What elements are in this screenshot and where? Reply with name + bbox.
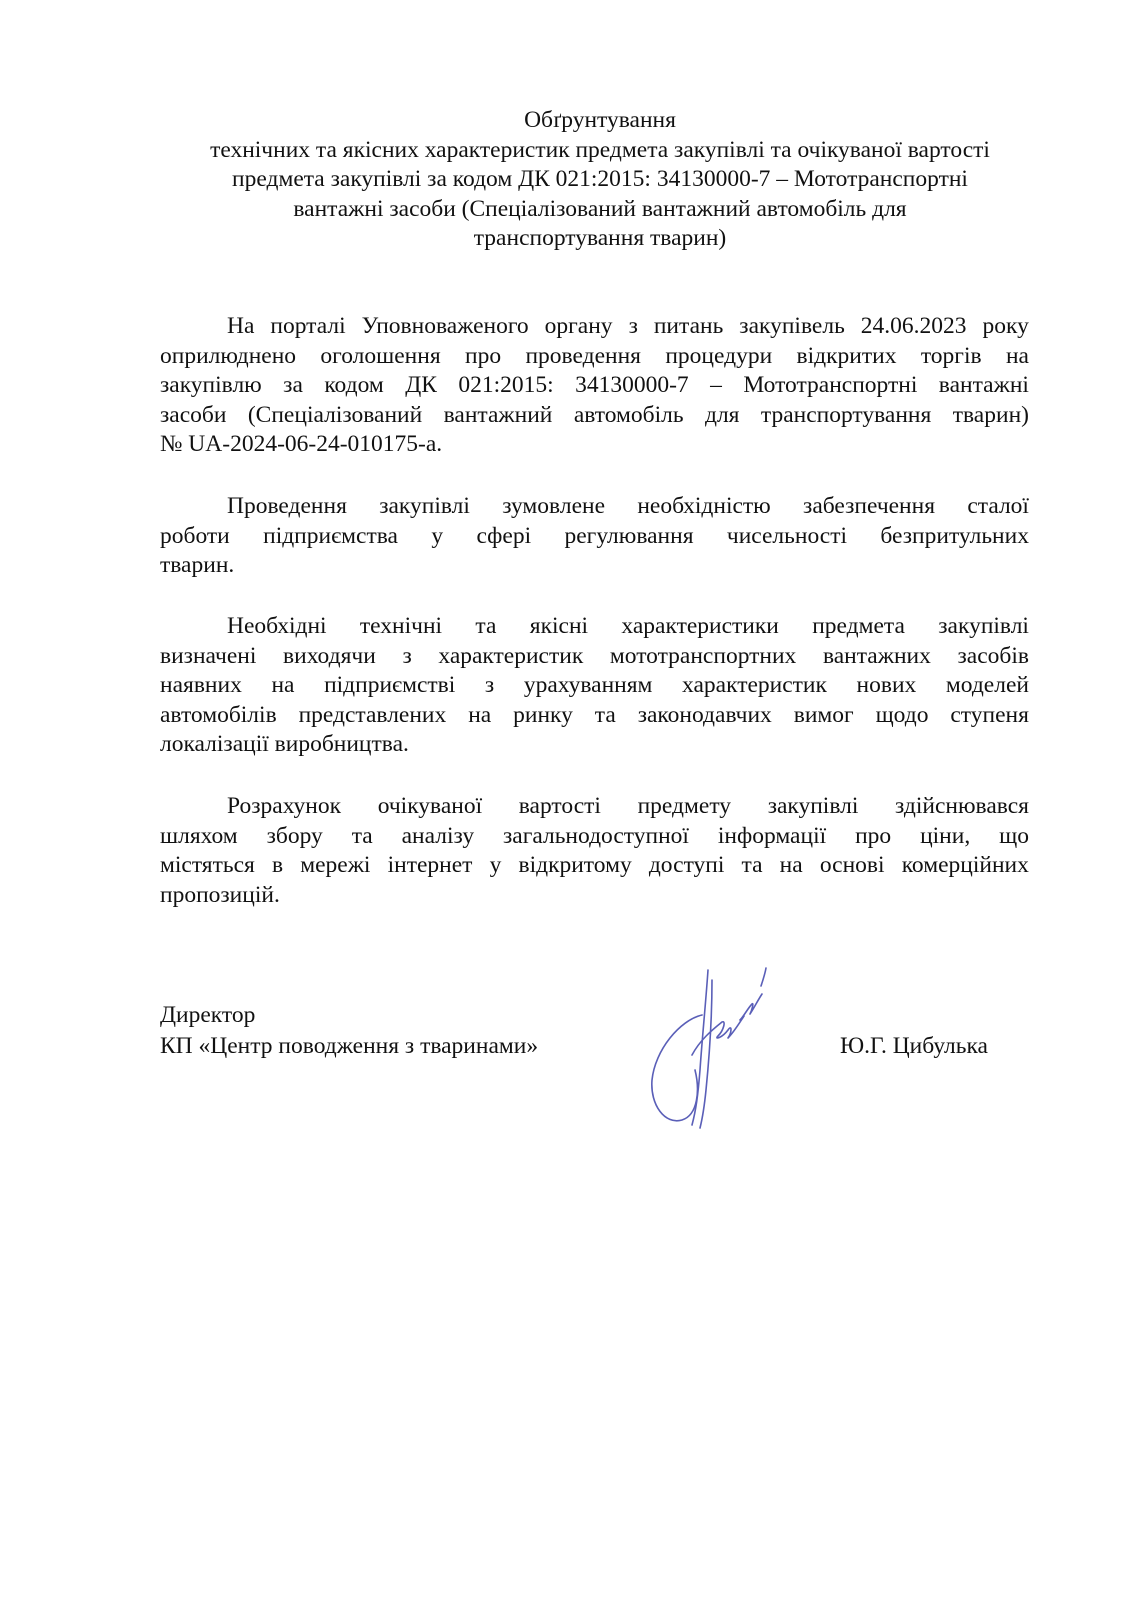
word: сталої bbox=[967, 492, 1029, 522]
paragraph-characteristics: Необхіднітехнічнітаякісніхарактеристикип… bbox=[160, 612, 1029, 760]
paragraph-line: Проведеннязакупівлізумовлененеобхідністю… bbox=[160, 492, 1029, 522]
word: вантажний bbox=[444, 401, 553, 431]
word: за bbox=[283, 371, 303, 401]
handwritten-signature-icon bbox=[640, 960, 790, 1135]
word: шляхом bbox=[160, 822, 238, 852]
word: вимог bbox=[794, 701, 854, 731]
word: вартості bbox=[519, 792, 601, 822]
title-line: технічних та якісних характеристик предм… bbox=[150, 136, 1050, 166]
word: ціни, bbox=[920, 822, 970, 852]
word: предмету bbox=[638, 792, 731, 822]
word: в bbox=[272, 851, 283, 881]
word: представлених bbox=[299, 701, 447, 731]
word: відкритому bbox=[518, 851, 631, 881]
word: та bbox=[595, 701, 616, 731]
title-line: транспортування тварин) bbox=[150, 224, 1050, 254]
paragraph-line: закупівлюзакодомДК021:2015:34130000-7–Мо… bbox=[160, 371, 1029, 401]
paragraph-line: тварин. bbox=[160, 551, 1029, 581]
word: забезпечення bbox=[803, 492, 935, 522]
word: моделей bbox=[946, 671, 1029, 701]
word: очікуваної bbox=[378, 792, 482, 822]
word: з bbox=[402, 642, 411, 672]
signatory-name: Ю.Г. Цибулька bbox=[840, 1031, 988, 1062]
word: кодом bbox=[324, 371, 383, 401]
word: оголошення bbox=[320, 342, 440, 372]
word: технічні bbox=[360, 612, 442, 642]
paragraph-line: роботипідприємстваусферірегулюваннячисел… bbox=[160, 522, 1029, 552]
word: ДК bbox=[405, 371, 437, 401]
word: органу bbox=[545, 312, 613, 342]
word: про bbox=[855, 822, 891, 852]
paragraph-line: оприлюдненооголошенняпропроведенняпроцед… bbox=[160, 342, 1029, 372]
word: підприємства bbox=[263, 522, 398, 552]
word: аналізу bbox=[402, 822, 474, 852]
word: підприємстві bbox=[324, 671, 455, 701]
title-line: вантажні засоби (Спеціалізований вантажн… bbox=[150, 195, 1050, 225]
word: про bbox=[465, 342, 501, 372]
word: процедури bbox=[665, 342, 772, 372]
word: порталі bbox=[270, 312, 345, 342]
word: з bbox=[629, 312, 638, 342]
word: з bbox=[485, 671, 494, 701]
word: на bbox=[780, 851, 803, 881]
document-page: Обґрунтування технічних та якісних харак… bbox=[0, 0, 1132, 1600]
word: наявних bbox=[160, 671, 242, 701]
word: для bbox=[705, 401, 740, 431]
word: транспортування bbox=[761, 401, 931, 431]
word: – bbox=[710, 371, 722, 401]
word: закупівель bbox=[739, 312, 845, 342]
word: щодо bbox=[876, 701, 929, 731]
paragraph-line: шляхомзборутааналізузагальнодоступноїінф… bbox=[160, 822, 1029, 852]
word: здійснювався bbox=[895, 792, 1029, 822]
word: зумовлене bbox=[502, 492, 605, 522]
word: характеристики bbox=[621, 612, 778, 642]
word: інтернет bbox=[388, 851, 473, 881]
word: та bbox=[352, 822, 373, 852]
word: вантажні bbox=[939, 371, 1029, 401]
word: комерційних bbox=[902, 851, 1029, 881]
word: Необхідні bbox=[227, 612, 327, 642]
word: Мототранспортні bbox=[743, 371, 917, 401]
paragraph-line: № UA-2024-06-24-010175-a. bbox=[160, 430, 1029, 460]
word: роботи bbox=[160, 522, 230, 552]
word: торгів bbox=[921, 342, 982, 372]
word: Проведення bbox=[227, 492, 347, 522]
word: відкритих bbox=[797, 342, 897, 372]
word: збору bbox=[267, 822, 323, 852]
paragraph-line: визначенівиходячизхарактеристикмототранс… bbox=[160, 642, 1029, 672]
word: безпритульних bbox=[880, 522, 1029, 552]
word: сфері bbox=[476, 522, 531, 552]
title-line: предмета закупівлі за кодом ДК 021:2015:… bbox=[150, 165, 1050, 195]
word: мережі bbox=[300, 851, 370, 881]
word: характеристик bbox=[682, 671, 827, 701]
paragraph-line: локалізації виробництва. bbox=[160, 730, 1029, 760]
word: урахуванням bbox=[524, 671, 653, 701]
word: законодавчих bbox=[638, 701, 772, 731]
word: тварин) bbox=[953, 401, 1029, 431]
word: доступі bbox=[649, 851, 725, 881]
word: закупівлю bbox=[160, 371, 262, 401]
word: та bbox=[742, 851, 763, 881]
paragraph-line: засоби(Спеціалізованийвантажнийавтомобіл… bbox=[160, 401, 1029, 431]
paragraph-line: НапорталіУповноваженогоорганузпитаньзаку… bbox=[160, 312, 1029, 342]
word: засобів bbox=[958, 642, 1029, 672]
word: предмета bbox=[812, 612, 905, 642]
word: Розрахунок bbox=[227, 792, 341, 822]
word: основі bbox=[820, 851, 885, 881]
word: загальнодоступної bbox=[503, 822, 689, 852]
word: 24.06.2023 bbox=[861, 312, 967, 342]
word: у bbox=[490, 851, 502, 881]
word: нових bbox=[857, 671, 917, 701]
signatory-position: Директор bbox=[160, 1000, 538, 1031]
word: на bbox=[271, 671, 294, 701]
word: автомобілів bbox=[160, 701, 277, 731]
document-title: Обґрунтування технічних та якісних харак… bbox=[150, 106, 1050, 254]
word: на bbox=[1006, 342, 1029, 372]
title-line: Обґрунтування bbox=[150, 106, 1050, 136]
word: вантажних bbox=[823, 642, 931, 672]
word: у bbox=[431, 522, 443, 552]
word: виходячи bbox=[283, 642, 376, 672]
paragraph-line: містятьсявмережіінтернетувідкритомудосту… bbox=[160, 851, 1029, 881]
paragraph-line: наявнихнапідприємствізурахуваннямхаракте… bbox=[160, 671, 1029, 701]
paragraph-line: Необхіднітехнічнітаякісніхарактеристикип… bbox=[160, 612, 1029, 642]
word: Уповноваженого bbox=[362, 312, 529, 342]
word: та bbox=[475, 612, 496, 642]
word: визначені bbox=[160, 642, 256, 672]
paragraph-announcement: НапорталіУповноваженогоорганузпитаньзаку… bbox=[160, 312, 1029, 460]
word: закупівлі bbox=[768, 792, 859, 822]
word: якісні bbox=[530, 612, 588, 642]
word: інформації bbox=[718, 822, 826, 852]
word: 021:2015: bbox=[458, 371, 553, 401]
word: оприлюднено bbox=[160, 342, 296, 372]
word: автомобіль bbox=[574, 401, 684, 431]
word: чисельності bbox=[727, 522, 847, 552]
word: на bbox=[468, 701, 491, 731]
word: мототранспортних bbox=[610, 642, 796, 672]
word: засоби bbox=[160, 401, 226, 431]
paragraph-line: автомобілівпредставленихнаринкутазаконод… bbox=[160, 701, 1029, 731]
word: (Спеціалізований bbox=[248, 401, 422, 431]
paragraph-cost-calculation: Розрахунокочікуваноївартостіпредметузаку… bbox=[160, 792, 1029, 910]
word: регулювання bbox=[565, 522, 694, 552]
paragraph-line: Розрахунокочікуваноївартостіпредметузаку… bbox=[160, 792, 1029, 822]
word: характеристик bbox=[438, 642, 583, 672]
word: На bbox=[227, 312, 254, 342]
word: року bbox=[983, 312, 1029, 342]
word: 34130000-7 bbox=[575, 371, 689, 401]
word: що bbox=[999, 822, 1029, 852]
word: ринку bbox=[513, 701, 573, 731]
paragraph-reason: Проведеннязакупівлізумовлененеобхідністю… bbox=[160, 492, 1029, 581]
paragraph-line: пропозицій. bbox=[160, 881, 1029, 911]
signatory-position-block: Директор КП «Центр поводження з тваринам… bbox=[160, 1000, 538, 1062]
word: закупівлі bbox=[938, 612, 1029, 642]
word: містяться bbox=[160, 851, 255, 881]
signatory-organization: КП «Центр поводження з тваринами» bbox=[160, 1031, 538, 1062]
word: ступеня bbox=[950, 701, 1029, 731]
word: питань bbox=[654, 312, 723, 342]
word: проведення bbox=[525, 342, 641, 372]
word: необхідністю bbox=[637, 492, 770, 522]
word: закупівлі bbox=[379, 492, 470, 522]
